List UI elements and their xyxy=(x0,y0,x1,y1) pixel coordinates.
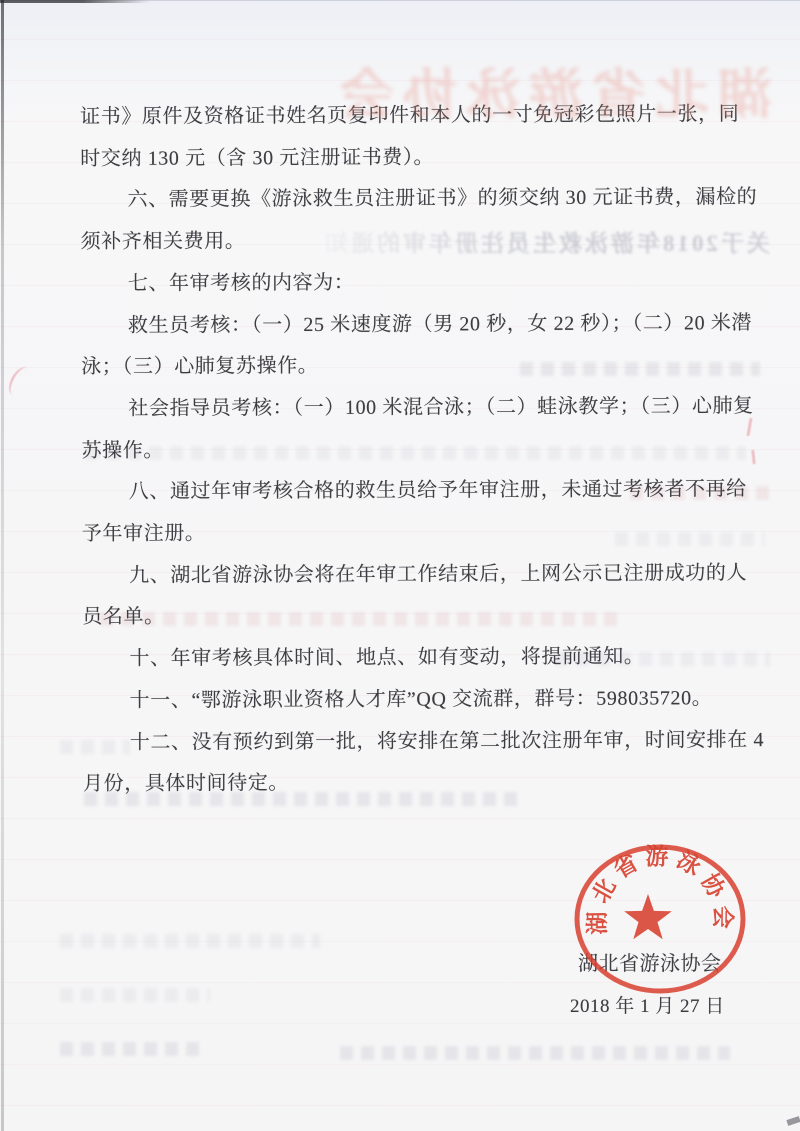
doc-line: 九、湖北省游泳协会将在年审工作结束后，上网公示已注册成功的人 xyxy=(82,553,762,598)
doc-line: 十一、“鄂游泳职业资格人才库”QQ 交流群，群号：598035720。 xyxy=(83,678,763,723)
bleed-artifact xyxy=(60,988,210,1002)
pink-ink-squiggle xyxy=(5,363,37,400)
official-seal-stamp: 湖北省游泳协会 xyxy=(572,841,748,997)
seal-star-icon xyxy=(624,894,672,939)
doc-line: 社会指导员考核：（一）100 米混合泳；（二）蛙泳教学；（三）心肺复 xyxy=(81,386,761,431)
doc-line: 员名单。 xyxy=(82,594,762,639)
doc-line: 时交纳 130 元（含 30 元注册证书费）。 xyxy=(80,136,760,181)
doc-line: 八、通过年审考核合格的救生员给予年审注册，未通过考核者不再给 xyxy=(82,469,762,514)
doc-line: 六、需要更换《游泳救生员注册证书》的须交纳 30 元证书费，漏检的 xyxy=(80,177,760,222)
bleed-artifact xyxy=(340,1046,730,1060)
scanned-document-page: 湖北省游泳协会 关于2018年游泳救生员注册年审的通知 证书》原件及资格证书姓名… xyxy=(0,0,800,1131)
bleed-through-heading: 关于2018年游泳救生员注册年审的通知 xyxy=(310,225,770,258)
doc-line: 十、年审考核具体时间、地点、如有变动，将提前通知。 xyxy=(82,636,762,681)
doc-line: 救生员考核：（一）25 米速度游（男 20 秒，女 22 秒）；（二）20 米潜 xyxy=(81,303,761,348)
scan-edge-top xyxy=(0,0,150,3)
doc-line: 苏操作。 xyxy=(81,428,761,473)
bleed-artifact xyxy=(60,1042,200,1056)
bleed-through-title: 湖北省游泳协会 xyxy=(262,52,772,114)
doc-line: 泳；（三）心肺复苏操作。 xyxy=(81,344,761,389)
doc-line: 月份，具体时间待定。 xyxy=(83,761,763,806)
bleed-artifact xyxy=(60,934,320,948)
seal-arc-text: 湖北省游泳协会 xyxy=(585,843,736,935)
doc-line: 十二、没有预约到第一批，将安排在第二批次注册年审，时间安排在 4 xyxy=(83,720,763,765)
doc-line: 七、年审考核的内容为： xyxy=(81,261,761,306)
document-body: 证书》原件及资格证书姓名页复印件和本人的一寸免冠彩色照片一张，同时交纳 130 … xyxy=(80,94,763,806)
svg-text:湖北省游泳协会: 湖北省游泳协会 xyxy=(585,843,736,935)
scan-corner-mark xyxy=(786,1116,800,1126)
scan-edge-left xyxy=(1,0,4,1131)
doc-line: 予年审注册。 xyxy=(82,511,762,556)
